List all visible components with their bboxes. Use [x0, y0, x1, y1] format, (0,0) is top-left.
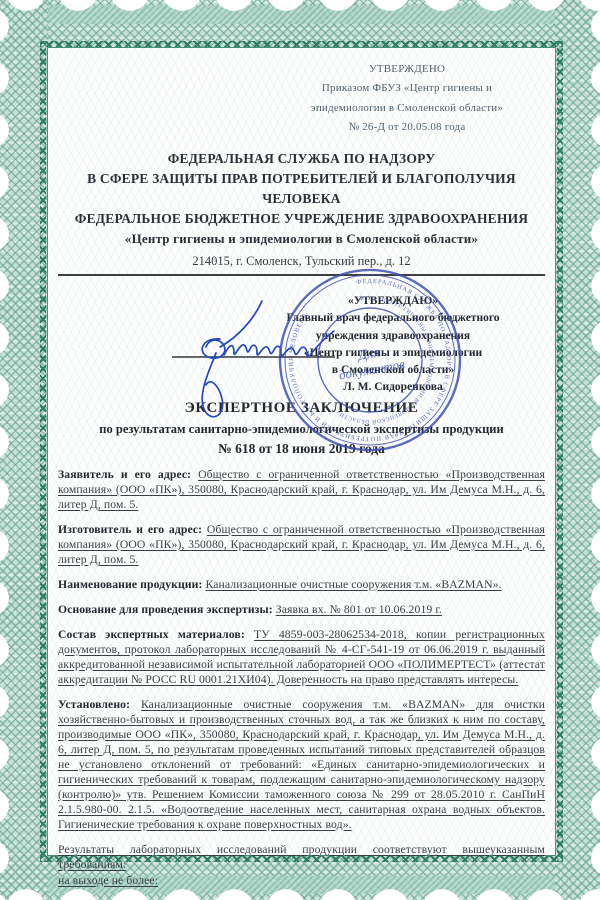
agency-header: ФЕДЕРАЛЬНАЯ СЛУЖБА ПО НАДЗОРУ В СФЕРЕ ЗА… [58, 149, 545, 248]
approval-line: «Центр гигиены и эпидемиологии [239, 345, 547, 362]
approval-line: учреждения здравоохранения [239, 328, 547, 345]
field-materials: Состав экспертных материалов: ТУ 4859-00… [58, 627, 545, 687]
document-subtitle: по результатам санитарно-эпидемиологичес… [58, 422, 545, 437]
agency-address: 214015, г. Смоленск, Тульский пер., д. 1… [58, 254, 545, 269]
top-approval-block: УТВЕРЖДЕНО Приказом ФБУЗ «Центр гигиены … [271, 60, 543, 137]
field-basis: Основание для проведения экспертизы: Зая… [58, 602, 545, 617]
field-value: Канализационные очистные сооружения т.м.… [206, 578, 502, 591]
approval-signature-block: «УТВЕРЖДАЮ» Главный врач федерального бю… [239, 293, 547, 397]
approver-name: Л. М. Сидоренкова [239, 379, 547, 396]
agency-header-line: ФЕДЕРАЛЬНОЕ БЮДЖЕТНОЕ УЧРЕЖДЕНИЕ ЗДРАВОО… [58, 209, 545, 229]
field-value: Заявка вх. № 801 от 10.06.2019 г. [276, 603, 442, 616]
field-product-name: Наименование продукции: Канализационные … [58, 577, 545, 592]
field-label: Основание для проведения экспертизы: [58, 603, 273, 616]
field-label: Установлено: [58, 698, 130, 711]
field-manufacturer: Изготовитель и его адрес: Общество с огр… [58, 522, 545, 567]
field-applicant: Заявитель и его адрес: Общество с ограни… [58, 467, 545, 512]
document-body: УТВЕРЖДЕНО Приказом ФБУЗ «Центр гигиены … [47, 47, 556, 856]
approval-line: «УТВЕРЖДАЮ» [239, 293, 547, 310]
field-label: Изготовитель и его адрес: [58, 523, 202, 536]
field-label: Наименование продукции: [58, 578, 202, 591]
field-value: Канализационные очистные сооружения т.м.… [58, 698, 545, 831]
address-rule: 214015, г. Смоленск, Тульский пер., д. 1… [58, 254, 545, 276]
document-number: № 618 от 18 июня 2019 года [58, 441, 545, 457]
wavy-edge-right [590, 0, 600, 900]
wavy-edge-left [0, 0, 10, 900]
agency-header-line: ФЕДЕРАЛЬНАЯ СЛУЖБА ПО НАДЗОРУ [58, 149, 545, 169]
top-approval-line: № 26-Д от 20.05.08 года [271, 118, 543, 137]
top-approval-line: Приказом ФБУЗ «Центр гигиены и [271, 79, 543, 98]
top-approval-line: эпидемиологии в Смоленской области» [271, 99, 543, 118]
results-statement: Результаты лабораторных исследований про… [58, 842, 545, 872]
approval-line: Главный врач федерального бюджетного [239, 310, 547, 327]
wavy-edge-top [0, 0, 600, 12]
field-label: Заявитель и его адрес: [58, 468, 191, 481]
agency-header-line: «Центр гигиены и эпидемиологии в Смоленс… [58, 229, 545, 248]
field-label: Состав экспертных материалов: [58, 628, 245, 641]
approval-line: в Смоленской области» [239, 362, 547, 379]
outlet-line: на выходе не более: [58, 873, 545, 888]
wavy-edge-bottom [0, 888, 600, 900]
zigzag-edge-right [557, 41, 563, 862]
top-approval-line: УТВЕРЖДЕНО [271, 60, 543, 79]
agency-header-line: В СФЕРЕ ЗАЩИТЫ ПРАВ ПОТРЕБИТЕЛЕЙ И БЛАГО… [58, 169, 545, 209]
document-text: Заявитель и его адрес: Общество с ограни… [58, 467, 545, 888]
field-established: Установлено: Канализационные очистные со… [58, 697, 545, 832]
document-title: ЭКСПЕРТНОЕ ЗАКЛЮЧЕНИЕ [58, 400, 545, 417]
zigzag-edge-left [40, 41, 46, 862]
certificate-page: УТВЕРЖДЕНО Приказом ФБУЗ «Центр гигиены … [0, 0, 600, 900]
